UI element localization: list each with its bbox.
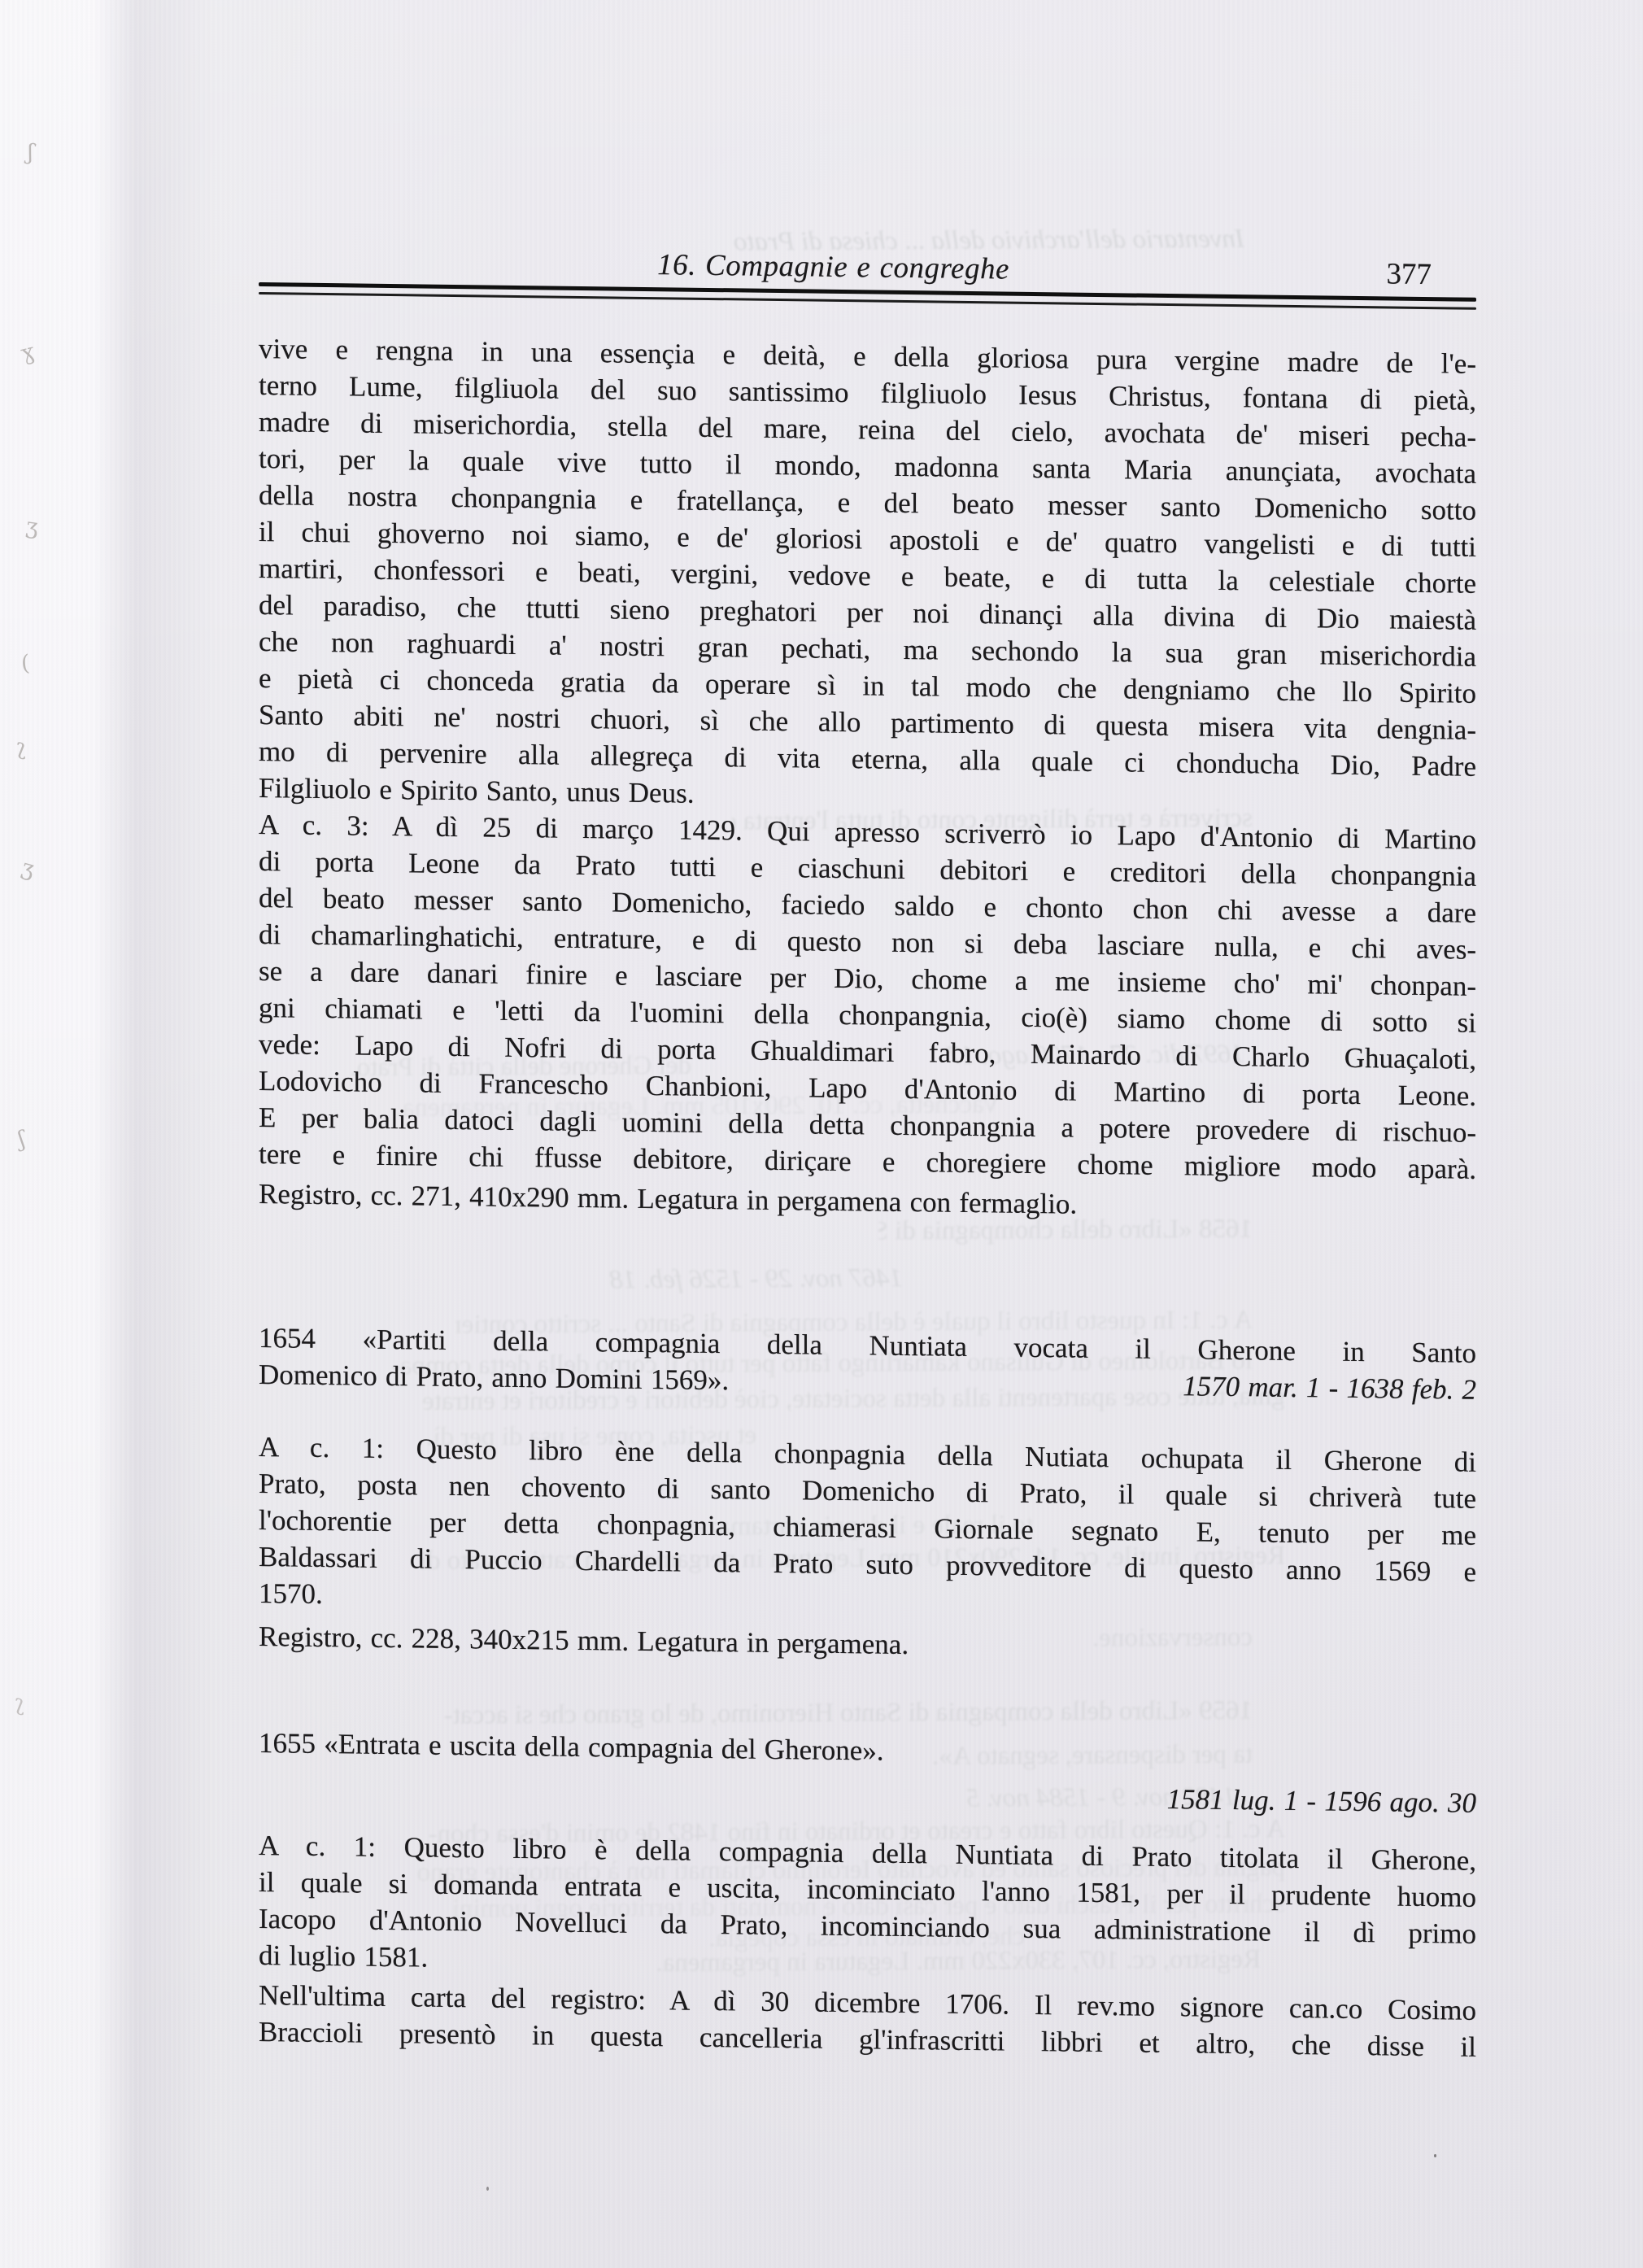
entry-title: «Entrata e uscita della compagnia del Gh…: [324, 1728, 883, 1767]
binding-mark-icon: (: [20, 651, 31, 677]
registro-note: Registro, cc. 228, 340x215 mm. Legatura …: [259, 1618, 1476, 1670]
binding-mark-icon: ʒ: [19, 854, 37, 882]
entry-date-range: 1581 lug. 1 - 1596 ago. 30: [259, 1769, 1476, 1821]
binding-mark-icon: ʅ: [13, 1690, 27, 1716]
entry-title-continued: Domenico di Prato, anno Domini 1569».: [259, 1356, 729, 1398]
paper-speck: [1434, 2154, 1436, 2157]
entry-date-range: 1570 mar. 1 - 1638 feb. 2: [1183, 1367, 1476, 1408]
entry-number: 1655: [259, 1727, 316, 1760]
entry-1655: 1655 «Entrata e uscita della compagnia d…: [259, 1725, 1476, 2065]
page-number: 377: [1371, 255, 1476, 295]
entry-1655-heading-line1: 1655 «Entrata e uscita della compagnia d…: [259, 1725, 1476, 1777]
entry-continuation-paragraph-1: vive e rengna in una essençia e deità, e…: [259, 330, 1476, 822]
binding-mark-icon: ʃ: [26, 140, 36, 166]
page-content: 16. Compagnie e congreghe 377 vive e ren…: [259, 241, 1476, 2065]
binding-mark-icon: ɣ: [18, 339, 37, 367]
binding-mark-icon: ʃ: [16, 1127, 27, 1153]
entry-1654-body: A c. 1: Questo libro ène della chonpagni…: [259, 1428, 1476, 1627]
entry-number: 1654: [259, 1322, 316, 1354]
entry-1655-body: A c. 1: Questo libro è della compagnia d…: [259, 1827, 1476, 1989]
entry-1654: 1654 «Partiti della compagnia della Nunt…: [259, 1319, 1476, 1670]
entry-continuation-paragraph-2: A c. 3: A dì 25 di março 1429. Qui apres…: [259, 806, 1476, 1188]
binding-mark-icon: ʒ: [24, 513, 40, 540]
paper-speck: [486, 2187, 489, 2191]
binding-mark-icon: ʅ: [15, 734, 28, 761]
entry-1655-body-2: Nell'ultima carta del registro: A dì 30 …: [259, 1977, 1476, 2065]
